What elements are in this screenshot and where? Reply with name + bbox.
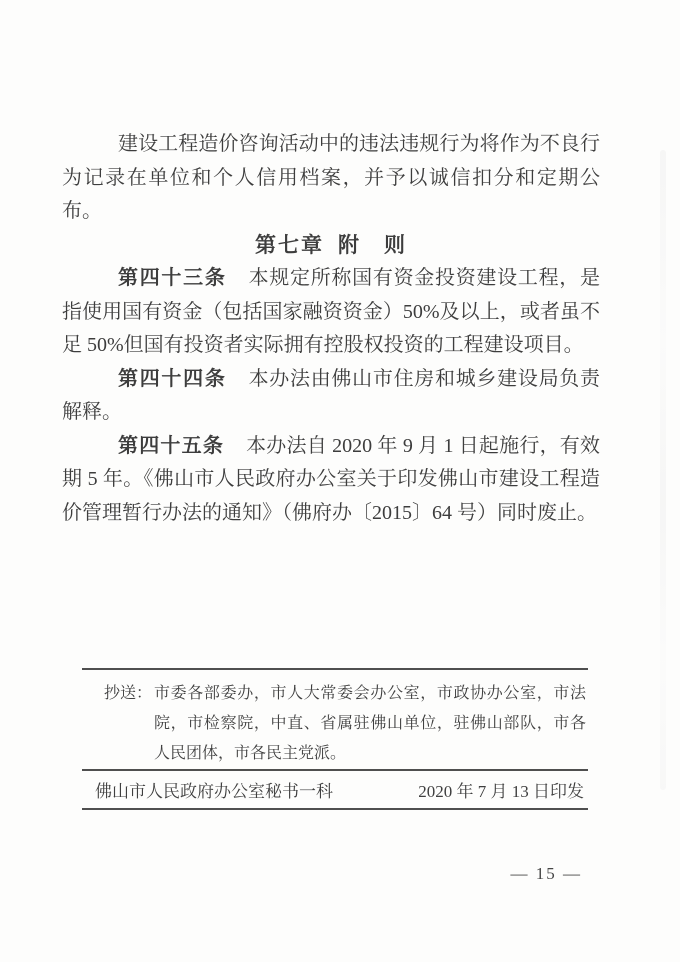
intro-paragraph: 建设工程造价咨询活动中的违法违规行为将作为不良行为记录在单位和个人信用档案，并予… <box>62 128 600 229</box>
chapter-number: 第七章 <box>255 233 324 257</box>
chapter-heading: 第七章附 则 <box>62 229 600 263</box>
document-body: 建设工程造价咨询活动中的违法违规行为将作为不良行为记录在单位和个人信用档案，并予… <box>62 128 600 530</box>
footer-rule-bottom <box>82 808 588 810</box>
cc-distribution-row: 抄送： 市委各部委办，市人大常委会办公室，市政协办公室，市法院，市检察院，中直、… <box>82 670 588 769</box>
intro-paragraph-text: 建设工程造价咨询活动中的违法违规行为将作为不良行为记录在单位和个人信用档案，并予… <box>62 133 600 222</box>
cc-distribution-list: 市委各部委办，市人大常委会办公室，市政协办公室，市法院，市检察院，中直、省属驻佛… <box>154 679 586 769</box>
issuing-office: 佛山市人民政府办公室秘书一科 <box>95 777 333 802</box>
document-footer: 抄送： 市委各部委办，市人大常委会办公室，市政协办公室，市法院，市检察院，中直、… <box>82 668 588 810</box>
chapter-title: 附 则 <box>338 233 407 257</box>
issuer-row: 佛山市人民政府办公室秘书一科 2020 年 7 月 13 日印发 <box>82 771 588 808</box>
article-43-paragraph: 第四十三条本规定所称国有资金投资建设工程，是指使用国有资金（包括国家融资资金）5… <box>62 262 600 363</box>
article-45-number: 第四十五条 <box>118 435 224 457</box>
print-date: 2020 年 7 月 13 日印发 <box>418 777 584 802</box>
article-45-paragraph: 第四十五条本办法自 2020 年 9 月 1 日起施行，有效期 5 年。《佛山市… <box>62 430 600 531</box>
article-44-number: 第四十四条 <box>118 368 227 390</box>
article-43-number: 第四十三条 <box>118 267 227 289</box>
article-44-paragraph: 第四十四条本办法由佛山市住房和城乡建设局负责解释。 <box>62 363 600 430</box>
cc-label: 抄送： <box>104 679 152 709</box>
document-page: 建设工程造价咨询活动中的违法违规行为将作为不良行为记录在单位和个人信用档案，并予… <box>0 0 680 962</box>
page-number: — 15 — <box>511 864 583 884</box>
scan-artifact <box>660 150 666 790</box>
